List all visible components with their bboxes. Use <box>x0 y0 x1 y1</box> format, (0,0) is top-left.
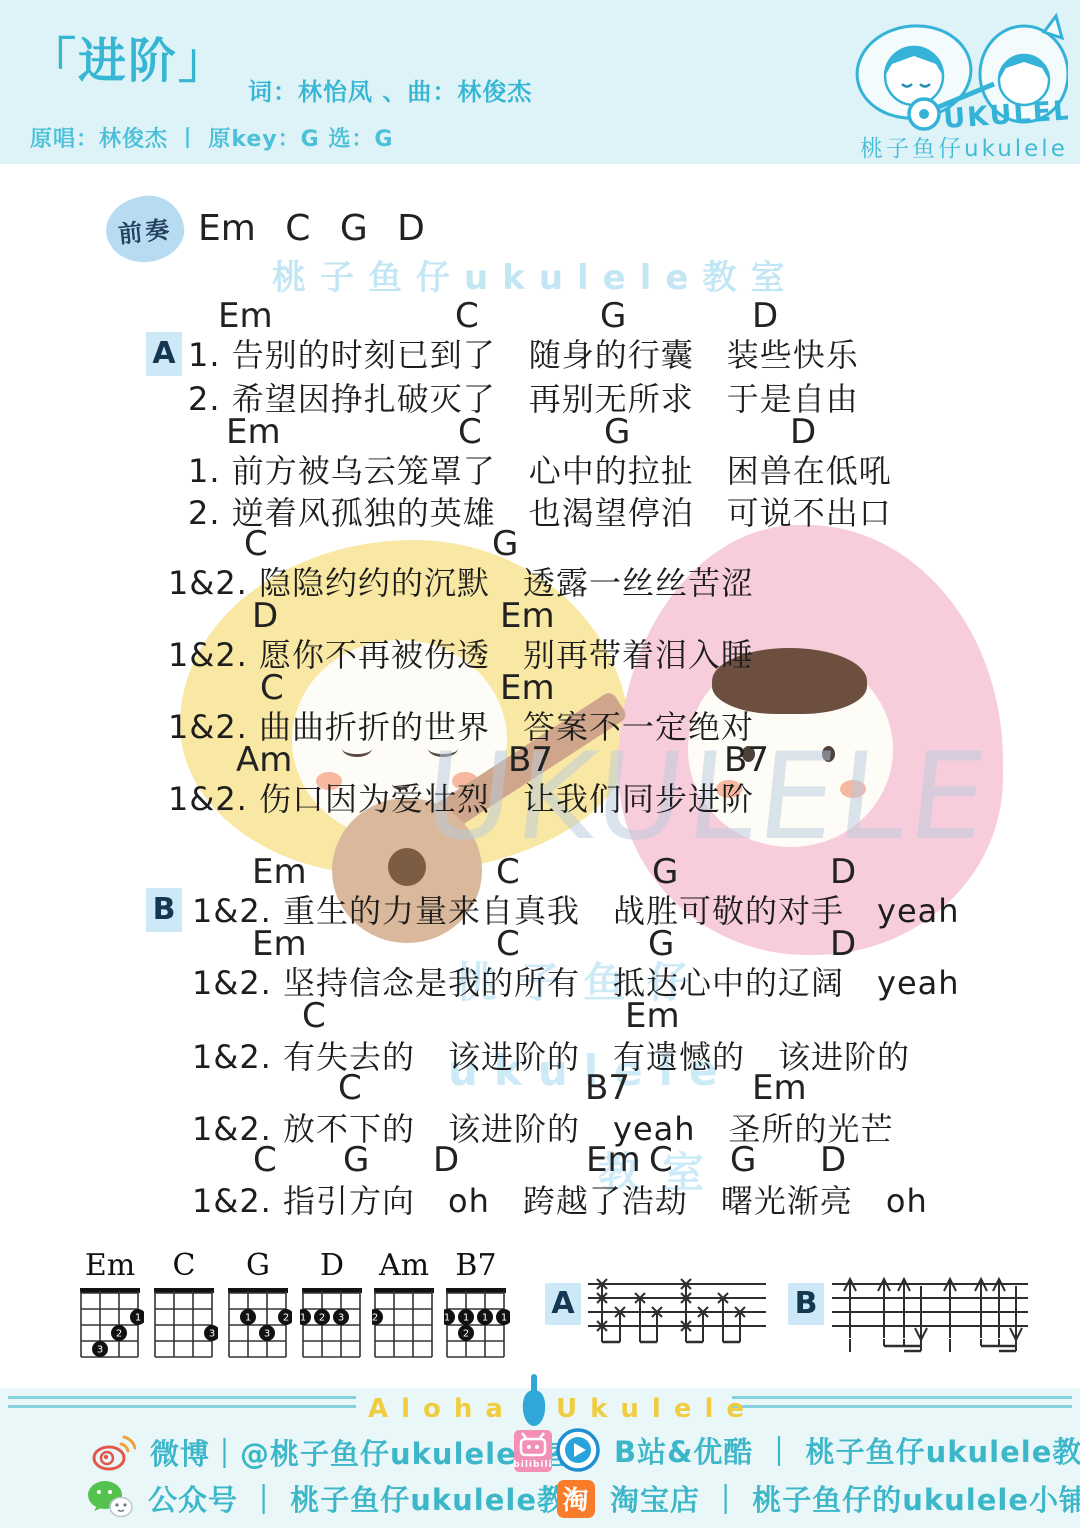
chord-diagram-b7: 11112 <box>444 1286 510 1362</box>
bilibili-youku-icon: bilibili <box>514 1428 600 1472</box>
svg-text:3: 3 <box>209 1329 215 1340</box>
sheet-body: 前奏 Em C G D EmCGDA1. 告别的时刻已到了 随身的行囊 装些快乐… <box>0 0 1080 1528</box>
weibo-icon <box>92 1434 136 1472</box>
social-label: 微博｜@桃子鱼仔ukulele教室 <box>150 1432 577 1473</box>
svg-text:2: 2 <box>319 1313 325 1324</box>
social-label: 淘宝店 ｜ 桃子鱼仔的ukulele小铺 <box>610 1478 1080 1519</box>
footer: Aloha Ukulele 微博｜@桃子鱼仔ukulele教室 公众号 ｜ 桃子… <box>0 1388 1080 1528</box>
svg-text:3: 3 <box>97 1345 103 1356</box>
svg-text:3: 3 <box>264 1329 270 1340</box>
svg-text:1: 1 <box>300 1313 306 1324</box>
chord-label: C <box>302 996 326 1036</box>
chord-diagram-am: 2 <box>372 1286 438 1362</box>
chord-label: C <box>338 1068 362 1108</box>
social-label: 公众号 ｜ 桃子鱼仔ukulele教室 <box>148 1478 597 1519</box>
svg-text:1: 1 <box>501 1313 507 1324</box>
divider-line <box>732 1396 1072 1399</box>
lyric-line: 1. 前方被乌云笼罩了 心中的拉扯 困兽在低吼 <box>188 446 892 492</box>
strum-pattern-notation <box>535 1262 1080 1367</box>
chord-diagram-name: D <box>300 1248 364 1283</box>
lyric-line: 2. 逆着风孤独的英雄 也渴望停泊 可说不出口 <box>188 488 892 534</box>
chord-diagram-d: 123 <box>300 1286 366 1362</box>
social-label: B站&优酷 ｜ 桃子鱼仔ukulele教室 <box>614 1430 1080 1471</box>
taobao-icon: 淘 <box>556 1479 596 1519</box>
ukulele-divider-icon <box>520 1372 548 1428</box>
chord-label: G <box>730 1140 756 1180</box>
lyric-line: 2. 希望因挣扎破灭了 再别无所求 于是自由 <box>188 374 859 420</box>
social-item-taobao: 淘 淘宝店 ｜ 桃子鱼仔的ukulele小铺 <box>556 1478 1080 1519</box>
chord-diagram-name: G <box>226 1248 290 1283</box>
wechat-icon <box>86 1479 134 1519</box>
svg-text:3: 3 <box>338 1313 344 1324</box>
svg-text:2: 2 <box>372 1313 378 1324</box>
chord-label: Em <box>586 1140 641 1180</box>
chord-label: C <box>253 1140 277 1180</box>
svg-text:bilibili: bilibili <box>514 1460 553 1470</box>
svg-text:1: 1 <box>463 1313 469 1324</box>
chord-diagram-name: B7 <box>444 1248 508 1283</box>
intro-badge: 前奏 <box>103 192 187 266</box>
divider-line <box>732 1405 1072 1408</box>
svg-text:淘: 淘 <box>562 1486 589 1516</box>
lyric-line: 1&2. 指引方向 oh 跨越了浩劫 曙光渐亮 oh <box>192 1176 928 1222</box>
svg-text:2: 2 <box>283 1313 289 1324</box>
chord-diagram-name: C <box>152 1248 216 1283</box>
svg-text:1: 1 <box>482 1313 488 1324</box>
social-item-bilibili-youku: bilibili B站&优酷 ｜ 桃子鱼仔ukulele教室 <box>514 1428 1080 1472</box>
svg-text:1: 1 <box>135 1313 141 1324</box>
lyric-line: 1&2. 伤口因为爱壮烈 让我们同步进阶 <box>168 774 754 820</box>
chord-diagram-g: 123 <box>226 1286 292 1362</box>
divider-line <box>8 1396 356 1399</box>
svg-text:2: 2 <box>116 1329 122 1340</box>
chord-label: G <box>343 1140 369 1180</box>
svg-text:1: 1 <box>245 1313 251 1324</box>
chord-label: Em <box>625 996 680 1036</box>
svg-text:1: 1 <box>444 1313 450 1324</box>
section-badge-a: A <box>146 332 182 376</box>
chord-label: D <box>820 1140 846 1180</box>
svg-text:2: 2 <box>463 1329 469 1340</box>
section-badge-b: B <box>146 888 182 932</box>
lyric-line: 1. 告别的时刻已到了 随身的行囊 装些快乐 <box>188 330 859 376</box>
social-item-wechat: 公众号 ｜ 桃子鱼仔ukulele教室 <box>86 1478 597 1519</box>
chord-label: D <box>433 1140 459 1180</box>
chord-diagram-c: 3 <box>152 1286 218 1362</box>
divider-text-ukulele: Ukulele <box>556 1394 757 1424</box>
chord-diagram-name: Am <box>372 1248 436 1283</box>
chord-diagram-em: 123 <box>78 1286 144 1362</box>
lyric-line: 1&2. 放不下的 该进阶的 yeah 圣所的光芒 <box>192 1104 894 1150</box>
chord-label: Em <box>752 1068 807 1108</box>
lyric-line: 1&2. 愿你不再被伤透 别再带着泪入睡 <box>168 630 754 676</box>
chord-label: B7 <box>585 1068 630 1108</box>
divider-line <box>8 1405 356 1408</box>
chord-label: C <box>649 1140 673 1180</box>
social-item-weibo: 微博｜@桃子鱼仔ukulele教室 <box>92 1432 577 1473</box>
chord-sheet-page: 「进阶」 词：林怡凤 、曲：林俊杰 原唱：林俊杰 丨 原key：G 选：G UK… <box>0 0 1080 1528</box>
chord-diagram-name: Em <box>78 1248 142 1283</box>
intro-chords: Em C G D <box>198 208 425 249</box>
divider-text-aloha: Aloha <box>368 1394 516 1424</box>
